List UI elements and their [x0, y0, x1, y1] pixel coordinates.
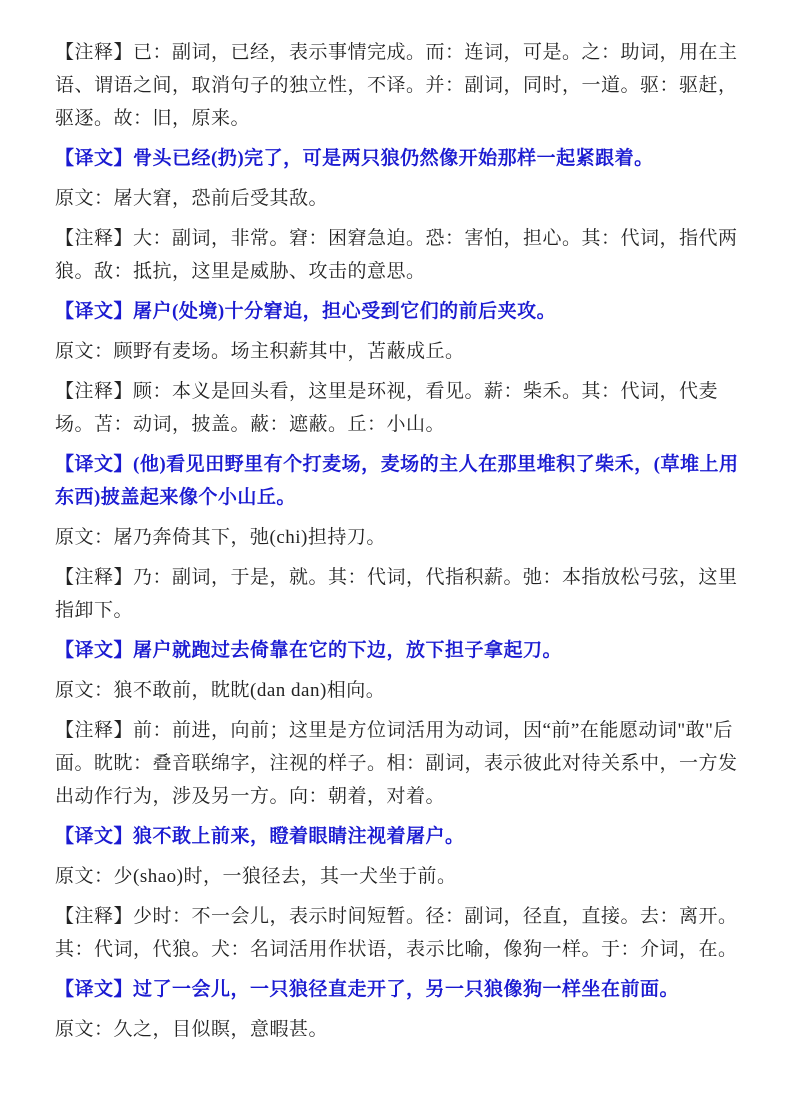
paragraph-translation: 【译文】(他)看见田野里有个打麦场，麦场的主人在那里堆积了柴禾，(草堆上用东西)…: [55, 448, 742, 514]
paragraph-note: 【注释】少时：不一会儿，表示时间短暂。径：副词，径直，直接。去：离开。其：代词，…: [55, 900, 742, 966]
paragraph-note: 【注释】前：前进，向前；这里是方位词活用为动词，因“前”在能愿动词"敢"后面。眈…: [55, 714, 742, 813]
paragraph-translation: 【译文】屠户就跑过去倚靠在它的下边，放下担子拿起刀。: [55, 634, 742, 667]
paragraph-translation: 【译文】屠户(处境)十分窘迫，担心受到它们的前后夹攻。: [55, 295, 742, 328]
document-page: 【注释】已：副词，已经，表示事情完成。而：连词，可是。之：助词，用在主语、谓语之…: [0, 0, 790, 1118]
paragraph-translation: 【译文】狼不敢上前来，瞪着眼睛注视着屠户。: [55, 820, 742, 853]
paragraph-original: 原文：屠大窘，恐前后受其敌。: [55, 182, 742, 215]
paragraph-original: 原文：顾野有麦场。场主积薪其中，苫蔽成丘。: [55, 335, 742, 368]
paragraph-original: 原文：屠乃奔倚其下，弛(chi)担持刀。: [55, 521, 742, 554]
document-body: 【注释】已：副词，已经，表示事情完成。而：连词，可是。之：助词，用在主语、谓语之…: [55, 36, 742, 1046]
paragraph-original: 原文：狼不敢前，眈眈(dan dan)相向。: [55, 674, 742, 707]
paragraph-note: 【注释】顾：本义是回头看，这里是环视，看见。薪：柴禾。其：代词，代麦场。苫：动词…: [55, 375, 742, 441]
paragraph-note: 【注释】乃：副词，于是，就。其：代词，代指积薪。弛：本指放松弓弦，这里指卸下。: [55, 561, 742, 627]
paragraph-note: 【注释】已：副词，已经，表示事情完成。而：连词，可是。之：助词，用在主语、谓语之…: [55, 36, 742, 135]
paragraph-original: 原文：久之，目似瞑，意暇甚。: [55, 1013, 742, 1046]
paragraph-note: 【注释】大：副词，非常。窘：困窘急迫。恐：害怕，担心。其：代词，指代两狼。敌：抵…: [55, 222, 742, 288]
paragraph-original: 原文：少(shao)时，一狼径去，其一犬坐于前。: [55, 860, 742, 893]
paragraph-translation: 【译文】骨头已经(扔)完了，可是两只狼仍然像开始那样一起紧跟着。: [55, 142, 742, 175]
paragraph-translation: 【译文】过了一会儿，一只狼径直走开了，另一只狼像狗一样坐在前面。: [55, 973, 742, 1006]
